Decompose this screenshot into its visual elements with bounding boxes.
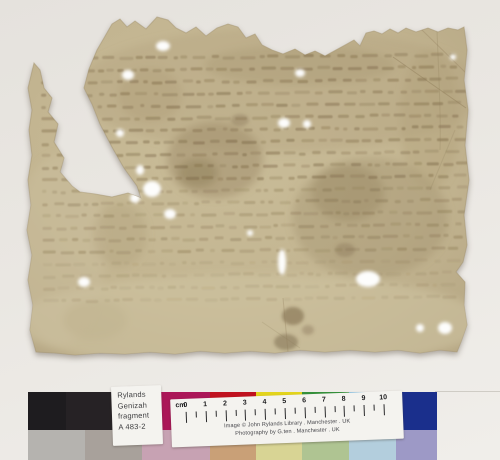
color-patch xyxy=(66,392,112,430)
ruler-number: 4 xyxy=(262,399,266,406)
ruler-number: 9 xyxy=(361,395,365,402)
ruler-tick xyxy=(196,411,197,417)
ruler-tick xyxy=(304,407,305,418)
ruler-tick xyxy=(354,405,355,411)
fragment-label-card: RylandsGenizahfragmentA 483-2 xyxy=(111,385,163,446)
ruler-tick xyxy=(344,406,345,417)
ruler-number: 10 xyxy=(379,394,387,401)
ruler-number: 6 xyxy=(302,397,306,404)
color-patch xyxy=(28,430,85,460)
ruler-number: 2 xyxy=(223,400,227,407)
ruler-tick xyxy=(275,408,276,414)
ruler-tick xyxy=(294,408,295,414)
photo-background: RylandsGenizahfragmentA 483-2 cm 0123456… xyxy=(0,0,500,460)
ruler-tick xyxy=(205,411,206,422)
ruler-tick xyxy=(186,412,187,423)
ruler-tick xyxy=(374,405,375,411)
ruler-tick xyxy=(245,410,246,421)
ruler-number: 8 xyxy=(342,396,346,403)
manuscript-fragment xyxy=(0,0,500,460)
label-line: A 483-2 xyxy=(118,421,162,433)
ruler-tick xyxy=(384,404,385,415)
ruler-tick xyxy=(364,405,365,416)
ruler-tick xyxy=(314,407,315,413)
ruler-number: 1 xyxy=(203,401,207,408)
ruler-tick xyxy=(285,408,286,419)
color-patch xyxy=(28,392,66,430)
ruler-tick xyxy=(324,407,325,418)
ruler-number: 7 xyxy=(322,396,326,403)
ruler-tick xyxy=(265,409,266,420)
ruler-tick xyxy=(334,406,335,412)
ruler-number: 3 xyxy=(243,400,247,407)
ruler-number: 5 xyxy=(282,398,286,405)
ruler-card: cm 012345678910 Image © John Rylands Lib… xyxy=(170,391,404,448)
ruler-number: 0 xyxy=(183,402,187,409)
ruler-tick xyxy=(225,410,226,421)
ruler-tick xyxy=(255,409,256,415)
ruler-tick xyxy=(235,410,236,416)
ruler-tick xyxy=(215,411,216,417)
